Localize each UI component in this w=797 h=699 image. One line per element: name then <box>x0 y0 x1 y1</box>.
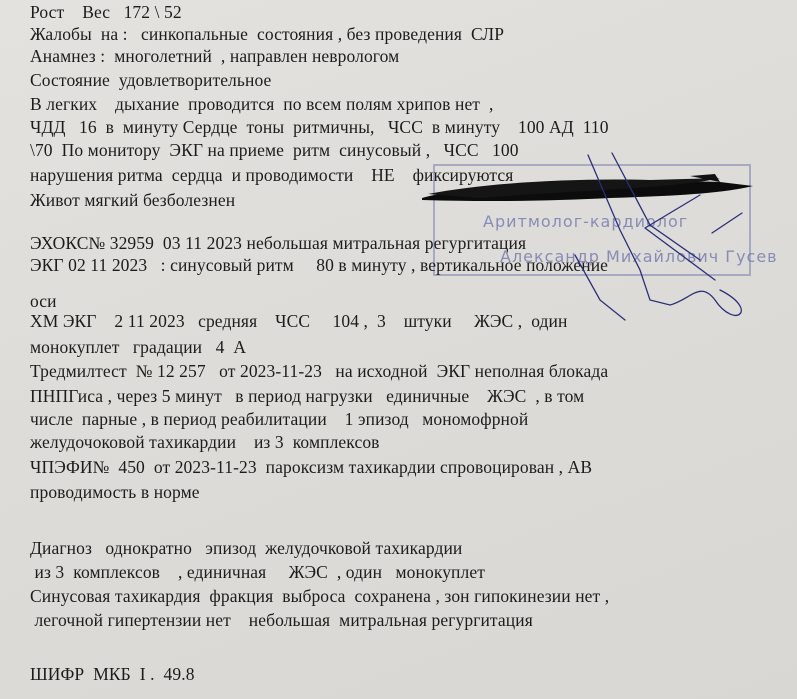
line-resp-rate: ЧДД 16 в минуту Сердце тоны ритмичны, ЧС… <box>30 117 609 137</box>
line-diagnosis-3: Синусовая тахикардия фракция выброса сох… <box>30 586 609 606</box>
scanned-document: Аритмолог-кардиолог Александр Михайлович… <box>0 0 797 699</box>
line-treadmill-3: числе парные , в период реабилитации 1 э… <box>30 409 528 429</box>
line-ecg-monitor: \70 По монитору ЭКГ на приеме ритм синус… <box>30 140 519 160</box>
line-holter-gradation: монокуплет градации 4 А <box>30 337 246 357</box>
line-anamnesis: Анамнез : многолетний , направлен неврол… <box>30 46 399 66</box>
line-ecg-axis: оси <box>30 291 57 311</box>
line-complaints: Жалобы на : синкопальные состояния , без… <box>30 24 504 44</box>
line-lungs: В легких дыхание проводится по всем поля… <box>30 94 493 114</box>
line-epi-2: проводимость в норме <box>30 482 200 502</box>
line-epi: ЧПЭФИ№ 450 от 2023-11-23 пароксизм тахик… <box>30 457 592 477</box>
line-holter: ХМ ЭКГ 2 11 2023 средняя ЧСС 104 , 3 шту… <box>30 311 567 331</box>
line-condition: Состояние удовлетворительное <box>30 70 271 90</box>
line-diagnosis-2: из 3 комплексов , единичная ЖЭС , один м… <box>30 562 485 582</box>
line-treadmill: Тредмилтест № 12 257 от 2023-11-23 на ис… <box>30 361 608 381</box>
line-icd-code: ШИФР МКБ I . 49.8 <box>30 664 195 684</box>
line-ecg: ЭКГ 02 11 2023 : синусовый ритм 80 в мин… <box>30 255 608 275</box>
line-diagnosis: Диагноз однократно эпизод желудочковой т… <box>30 538 462 558</box>
stamp-title: Аритмолог-кардиолог <box>483 212 688 231</box>
line-treadmill-2: ПНПГиса , через 5 минут в период нагрузк… <box>30 386 584 406</box>
line-height-weight: Рост Вес 172 \ 52 <box>30 2 182 22</box>
ink-redaction-scribble <box>420 174 755 204</box>
line-treadmill-4: желудочоковой тахикардии из 3 комплексов <box>30 432 380 452</box>
line-abdomen: Живот мягкий безболезнен <box>30 190 235 210</box>
line-echo: ЭХОКС№ 32959 03 11 2023 небольшая митрал… <box>30 233 526 253</box>
line-diagnosis-4: легочной гипертензии нет небольшая митра… <box>30 610 533 630</box>
